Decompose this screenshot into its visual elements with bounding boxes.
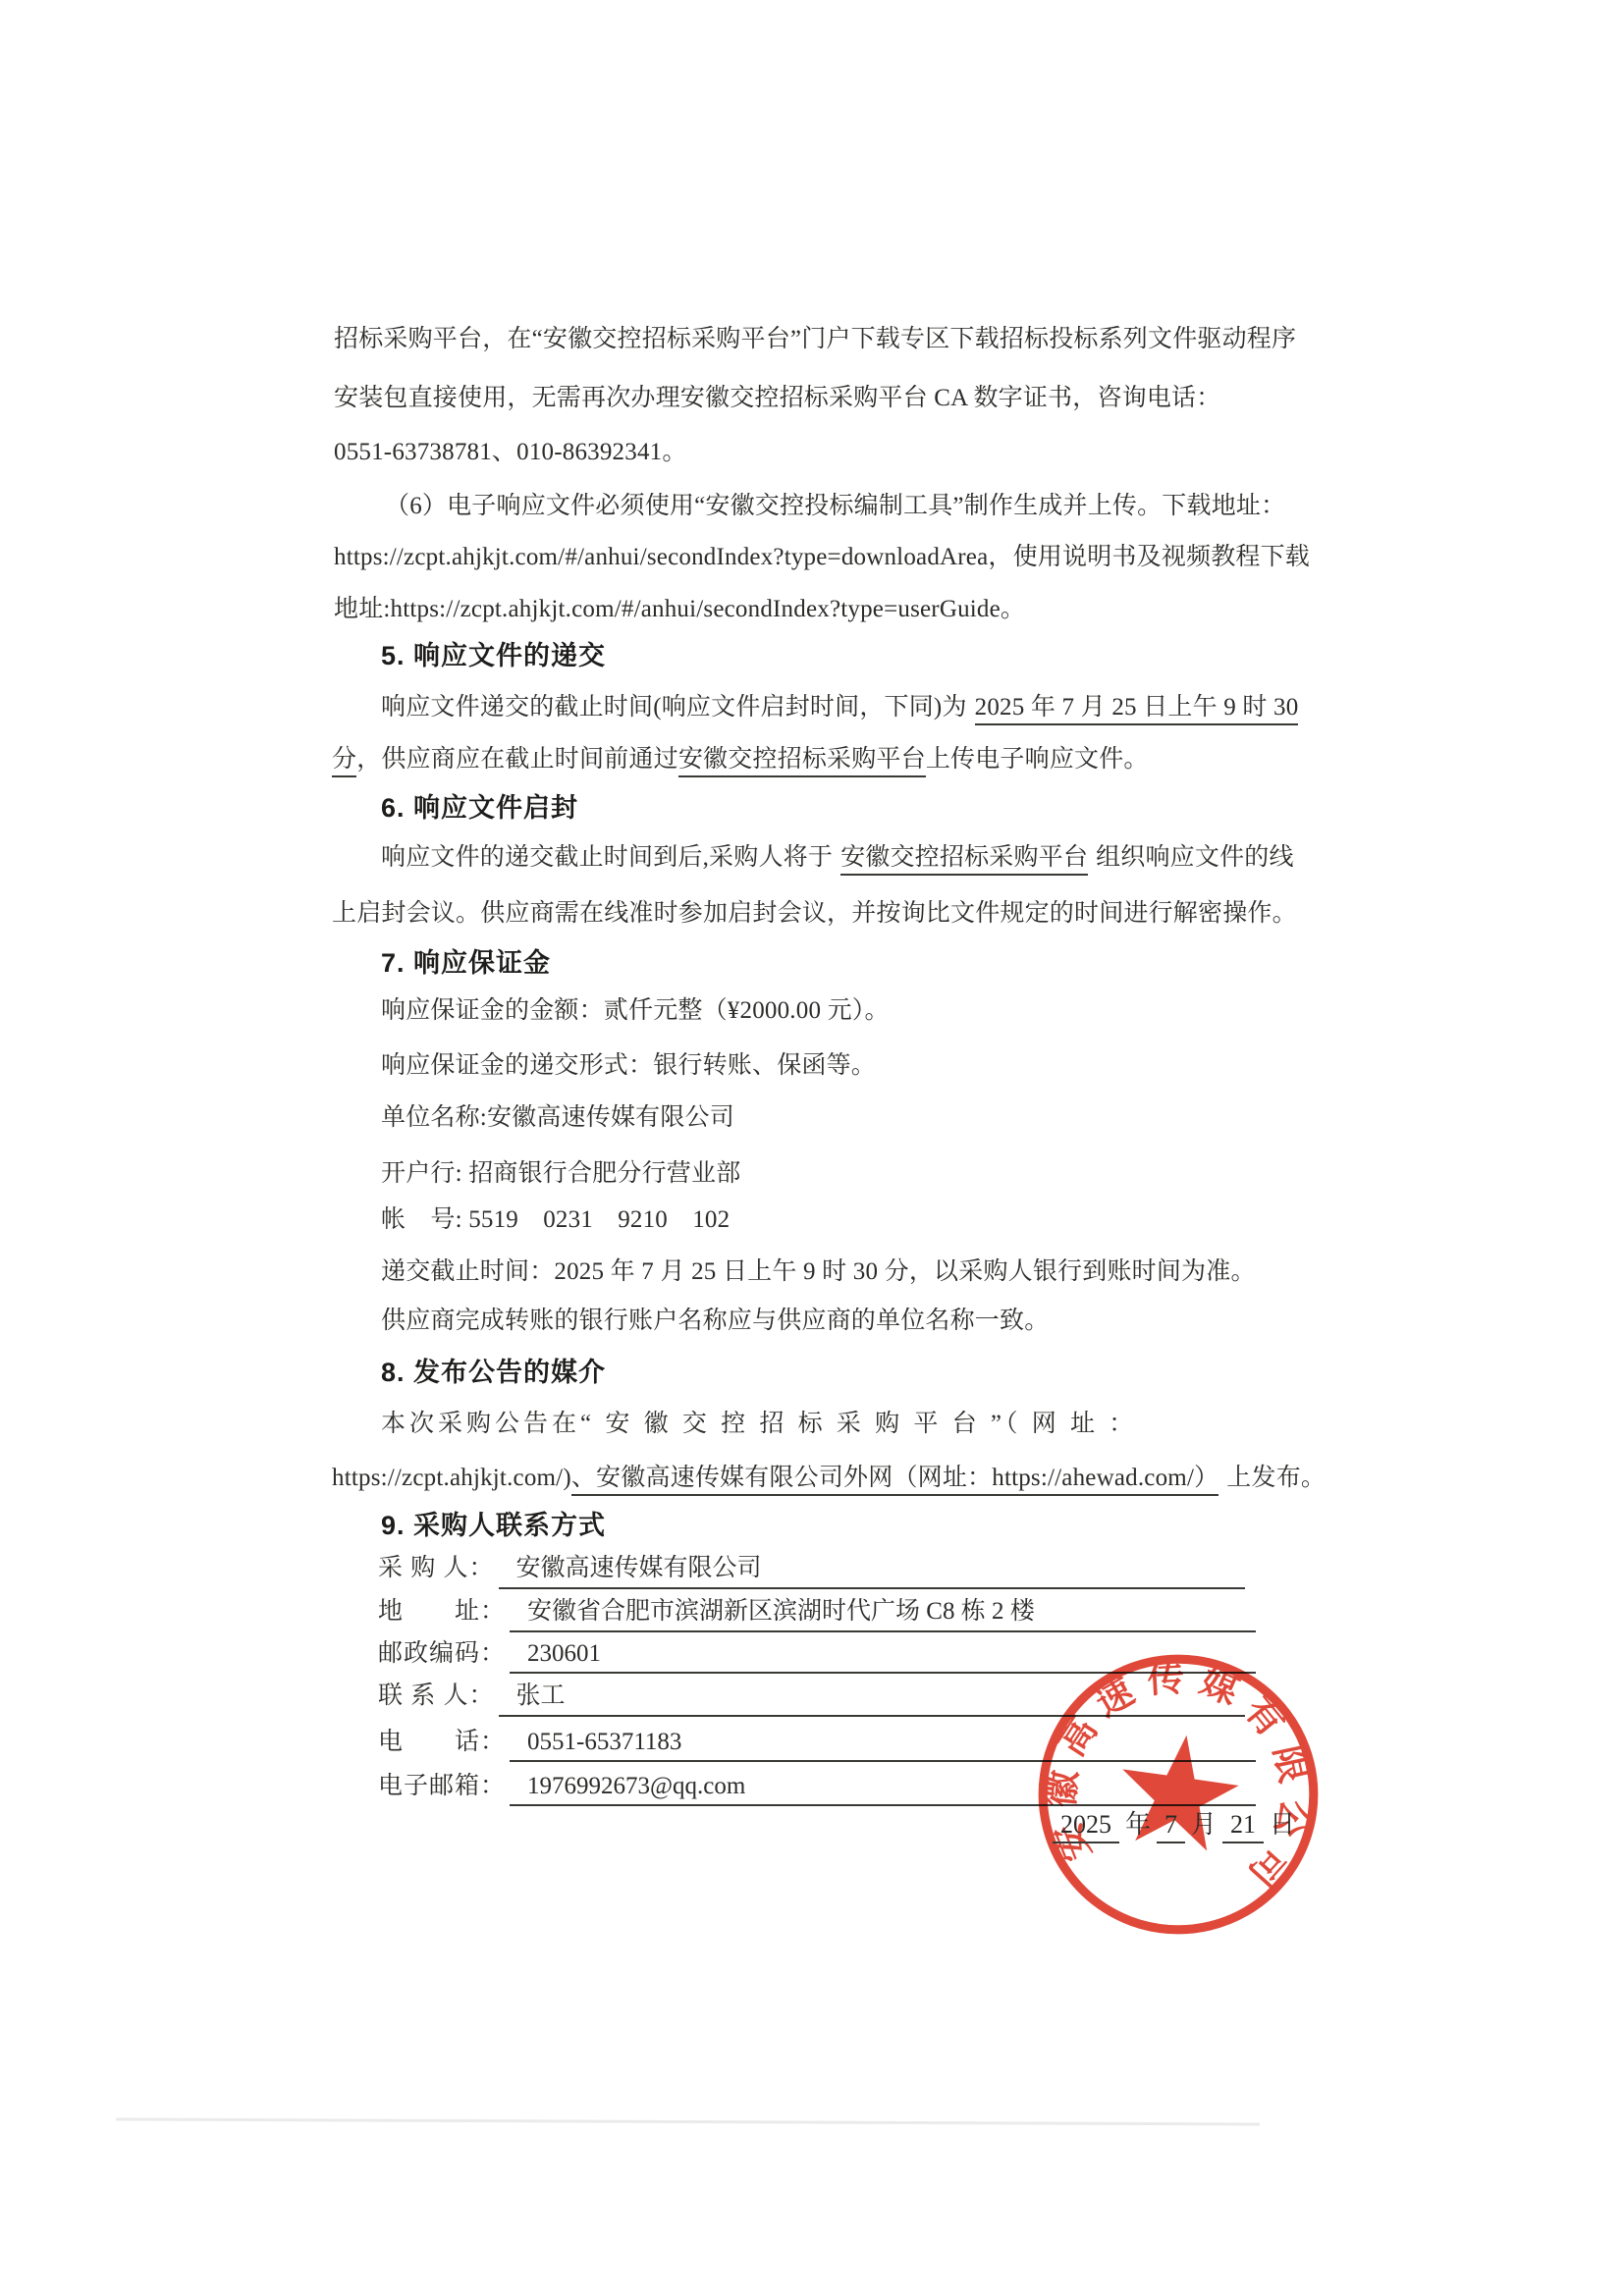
unit-name-line: 单位名称:安徽高速传媒有限公司: [381, 1100, 734, 1136]
purchaser-value: 安徽高速传媒有限公司: [499, 1548, 1245, 1589]
deposit-deadline-line: 递交截止时间：2025 年 7 月 25 日上午 9 时 30 分，以采购人银行…: [381, 1255, 1256, 1290]
date-day: 21: [1222, 1810, 1264, 1843]
account-number-line: 帐 号: 5519 0231 9210 102: [381, 1202, 730, 1238]
section-5-line-2: 分，供应商应在截止时间前通过安徽交控招标采购平台上传电子响应文件。: [332, 742, 1149, 777]
scan-artifact-line: [116, 2117, 1260, 2125]
date-day-unit: 日: [1270, 1810, 1295, 1839]
phone-label: 电 话：: [378, 1722, 506, 1757]
paragraph-ca-line-3: 0551-63738781、010-86392341。: [334, 435, 687, 470]
paragraph-ca-line-2: 安装包直接使用，无需再次办理安徽交控招标采购平台 CA 数字证书，咨询电话：: [334, 381, 1220, 416]
platform-url-text: https://zcpt.ahjkjt.com/): [332, 1465, 571, 1491]
bank-line: 开户行: 招商银行合肥分行营业部: [381, 1156, 740, 1192]
platform-name-underlined: 安徽交控招标采购平台: [678, 746, 926, 777]
date-month: 7: [1157, 1810, 1185, 1843]
purchaser-label: 采 购 人：: [378, 1548, 495, 1583]
paragraph-item6-line-3: 地址:https://zcpt.ahjkjt.com/#/anhui/secon…: [334, 592, 1025, 627]
contact-row-address: 地 址：安徽省合肥市滨湖新区滨湖时代广场 C8 栋 2 楼: [378, 1591, 1256, 1632]
scanned-document-page: 招标采购平台，在“安徽交控招标采购平台”门户下载专区下载招标投标系列文件驱动程序…: [0, 0, 1624, 2296]
published-text: 上发布。: [1226, 1465, 1326, 1491]
section-9-heading: 9. 采购人联系方式: [381, 1508, 606, 1543]
date-year-unit: 年: [1125, 1810, 1151, 1839]
section-7-heading: 7. 响应保证金: [381, 945, 551, 981]
address-value: 安徽省合肥市滨湖新区滨湖时代广场 C8 栋 2 楼: [510, 1591, 1256, 1632]
paragraph-ca-line-1: 招标采购平台，在“安徽交控招标采购平台”门户下载专区下载招标投标系列文件驱动程序: [334, 322, 1296, 357]
opening-intro-text: 响应文件的递交截止时间到后,采购人将于: [381, 844, 833, 871]
platform-name-underlined: 安徽交控招标采购平台: [840, 844, 1088, 876]
section-6-line-1: 响应文件的递交截止时间到后,采购人将于安徽交控招标采购平台组织响应文件的线: [381, 840, 1294, 876]
transfer-note-line: 供应商完成转账的银行账户名称应与供应商的单位名称一致。: [381, 1304, 1049, 1339]
submission-deadline-value: 2025 年 7 月 25 日上午 9 时 30: [975, 694, 1299, 725]
section-5-heading: 5. 响应文件的递交: [381, 638, 606, 673]
company-stamp: 安徽高速传媒有限公司: [1009, 1626, 1346, 1962]
contact-row-purchaser: 采 购 人：安徽高速传媒有限公司: [378, 1548, 1245, 1589]
address-label: 地 址：: [378, 1591, 506, 1627]
date-year: 2025: [1053, 1810, 1119, 1843]
paragraph-item6-line-1: （6）电子响应文件必须使用“安徽交控投标编制工具”制作生成并上传。下载地址：: [385, 489, 1285, 524]
document-date: 2025年7月21日: [1053, 1804, 1301, 1841]
announcement-media-line-2: https://zcpt.ahjkjt.com/)、安徽高速传媒有限公司外网（网…: [332, 1461, 1327, 1496]
deposit-form-line: 响应保证金的递交形式：银行转账、保函等。: [381, 1048, 876, 1084]
company-website-underlined: 、安徽高速传媒有限公司外网（网址：https://ahewad.com/）: [571, 1465, 1218, 1496]
announcement-media-line-1: 本次采购公告在“ 安 徽 交 控 招 标 采 购 平 台 ”（ 网 址 ：: [381, 1407, 1137, 1442]
date-month-unit: 月: [1191, 1810, 1217, 1839]
email-label: 电子邮箱：: [378, 1766, 506, 1801]
section-8-heading: 8. 发布公告的媒介: [381, 1355, 606, 1390]
opening-end-text: 组织响应文件的线: [1096, 844, 1294, 871]
postcode-label: 邮政编码：: [378, 1633, 506, 1669]
section-5-end-text: 上传电子响应文件。: [926, 746, 1149, 773]
deposit-amount-line: 响应保证金的金额：贰仟元整（¥2000.00 元）。: [381, 993, 890, 1029]
section-6-heading: 6. 响应文件启封: [381, 790, 578, 826]
section-5-mid-text: ，供应商应在截止时间前通过: [356, 746, 678, 773]
deadline-wrap-char: 分: [332, 746, 356, 777]
deadline-intro-text: 响应文件递交的截止时间(响应文件启封时间，下同)为: [381, 694, 967, 721]
section-5-line-1: 响应文件递交的截止时间(响应文件启封时间，下同)为2025 年 7 月 25 日…: [381, 690, 1300, 725]
paragraph-item6-line-2: https://zcpt.ahjkjt.com/#/anhui/secondIn…: [334, 540, 1310, 575]
contact-person-label: 联 系 人：: [378, 1676, 495, 1711]
section-6-line-2: 上启封会议。供应商需在线准时参加启封会议，并按询比文件规定的时间进行解密操作。: [332, 896, 1297, 932]
